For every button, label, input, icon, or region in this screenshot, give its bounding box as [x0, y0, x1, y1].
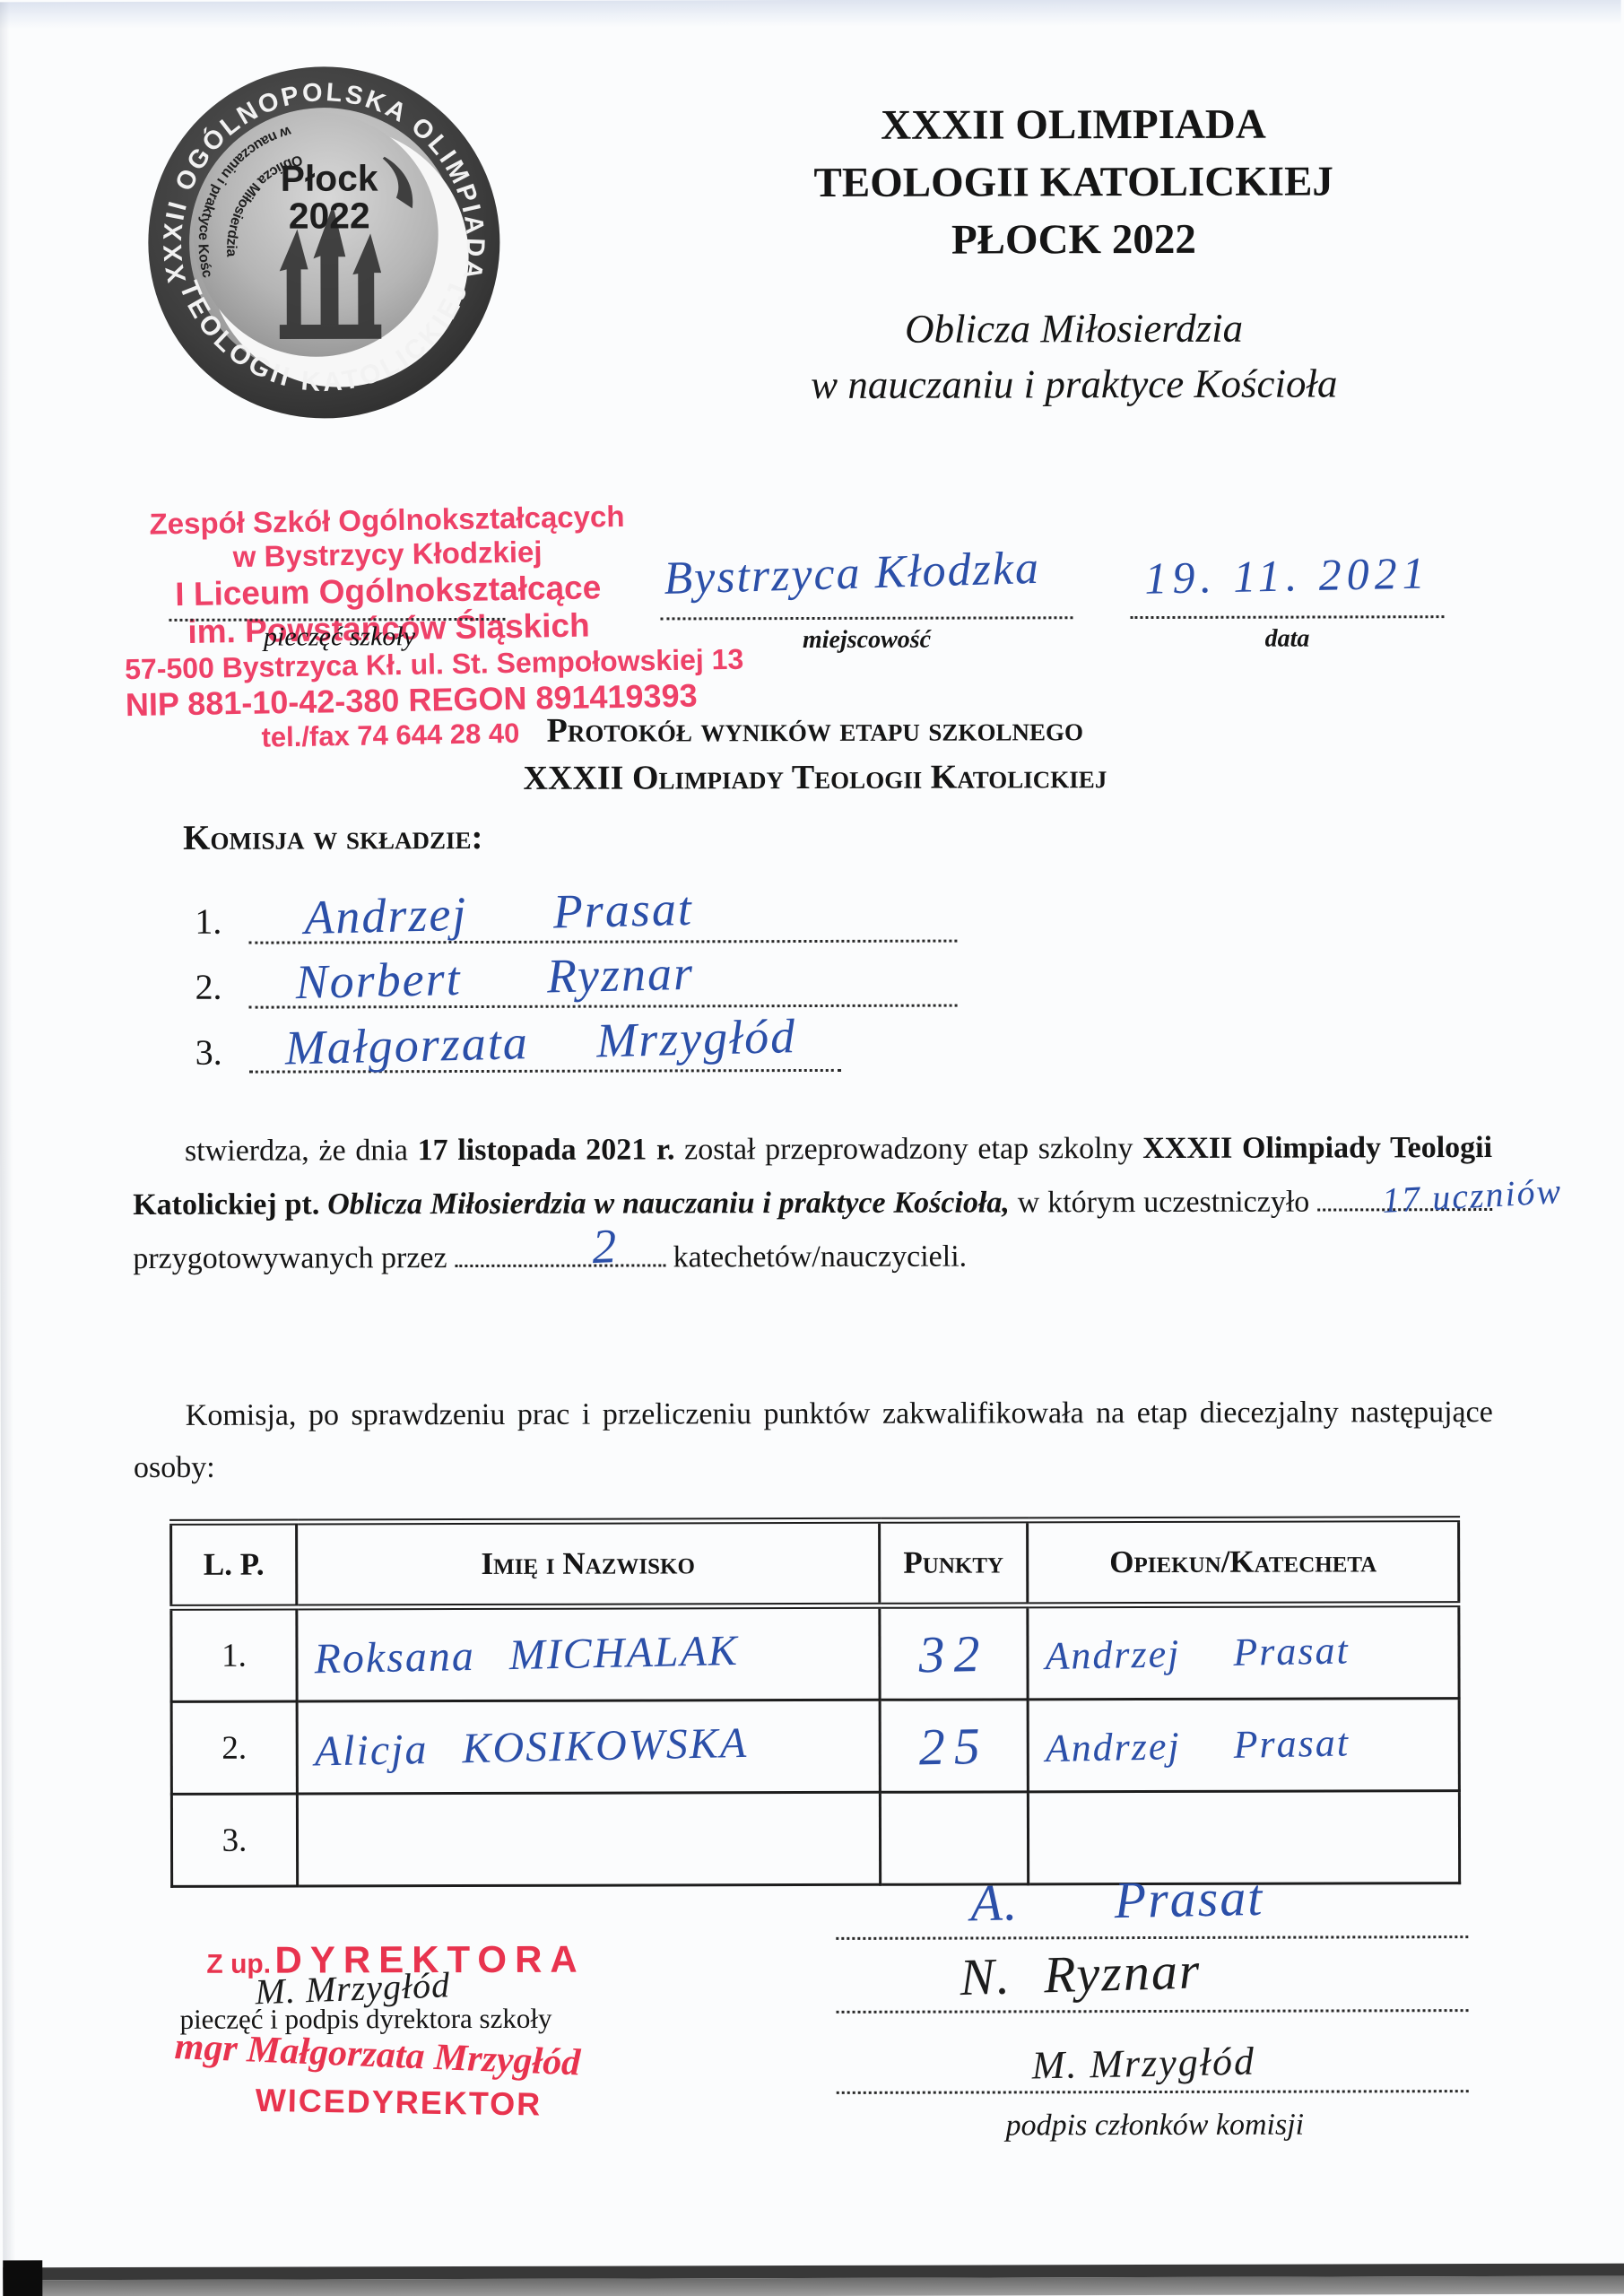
paragraph-text: przygotowywanych przez	[133, 1241, 447, 1275]
document-subtitle: Oblicza Miłosierdzia w nauczaniu i prakt…	[707, 300, 1442, 413]
col-header-tutor: Opiekun/Katecheta	[1028, 1519, 1459, 1605]
paragraph-text: stwierdza, że dnia	[185, 1134, 408, 1168]
student-name-handwriting: Alicja KOSIKOWSKA	[298, 1718, 748, 1776]
results-table: L. P. Imię i Nazwisko Punkty Opiekun/Kat…	[169, 1516, 1461, 1888]
protocol-heading-line-1: Protokół wyników etapu szkolnego	[376, 706, 1255, 756]
col-header-lp: L. P.	[171, 1522, 297, 1607]
committee-member-number: 1.	[195, 900, 221, 943]
committee-member-handwriting: Norbert Ryznar	[295, 945, 695, 1010]
title-line-2: TEOLOGII KATOLICKIEJ	[706, 152, 1441, 212]
title-line-3: PŁOCK 2022	[706, 210, 1441, 269]
protocol-heading-line-2: XXXII Olimpiady Teologii Katolickiej	[376, 753, 1255, 804]
paragraph-text: katechetów/nauczycieli.	[673, 1240, 968, 1274]
paragraph-theme-italic: Oblicza Miłosierdzia w nauczaniu i prakt…	[327, 1186, 1010, 1221]
place-dotted-line	[660, 616, 1073, 620]
committee-member-number: 3.	[195, 1031, 222, 1074]
date-handwriting: 19. 11. 2021	[1144, 546, 1430, 604]
signature-dotted-line	[837, 2009, 1469, 2013]
scan-corner-black	[3, 2260, 42, 2296]
student-name-cell: Alicja KOSIKOWSKA	[297, 1700, 880, 1794]
committee-signature-handwriting: N. Ryznar	[960, 1940, 1203, 2007]
teachers-count-handwriting: 2	[539, 1222, 619, 1273]
paragraph-date-bold: 17 listopada 2021 r.	[418, 1133, 675, 1167]
stamp-caption: pieczęć szkoły	[222, 622, 456, 653]
committee-member-handwriting: Andrzej Prasat	[304, 881, 694, 945]
row-number-cell: 2.	[171, 1701, 297, 1794]
student-name-cell: Roksana MICHALAK	[297, 1605, 880, 1701]
points-cell: 25	[880, 1700, 1028, 1792]
table-row-3: 3.	[171, 1791, 1459, 1887]
tutor-handwriting: Andrzej Prasat	[1029, 1719, 1350, 1771]
tutor-cell: Andrzej Prasat	[1028, 1699, 1459, 1792]
signature-dotted-line	[836, 1935, 1468, 1940]
scan-edge-top	[0, 0, 1621, 29]
committee-signature-handwriting: M. Mrzygłód	[1031, 2039, 1255, 2089]
table-row-1: 1. Roksana MICHALAK 32 Andrzej Prasat	[171, 1605, 1459, 1702]
points-cell: 32	[880, 1605, 1028, 1700]
tutor-cell: Andrzej Prasat	[1028, 1605, 1459, 1700]
scan-edge-bottom	[3, 2276, 1624, 2296]
col-header-points: Punkty	[880, 1520, 1028, 1605]
protocol-heading: Protokół wyników etapu szkolnego XXXII O…	[376, 706, 1255, 804]
scanned-protocol-document: Płock 2022 XXXII OGÓLNOPOLSKA OLIMPIADA …	[0, 0, 1624, 2296]
olympiad-logo: Płock 2022 XXXII OGÓLNOPOLSKA OLIMPIADA …	[145, 64, 503, 422]
results-table-wrap: L. P. Imię i Nazwisko Punkty Opiekun/Kat…	[169, 1516, 1458, 1888]
protocol-body-paragraph: stwierdza, że dnia 17 listopada 2021 r. …	[133, 1121, 1492, 1286]
subtitle-line-1: Oblicza Miłosierdzia	[707, 300, 1442, 357]
signature-dotted-line	[837, 2090, 1469, 2094]
paragraph-text: został przeprowadzony etap szkolny	[684, 1132, 1133, 1166]
scan-edge-left	[0, 2, 15, 2296]
points-handwriting: 32	[881, 1622, 1027, 1684]
row-number-cell: 3.	[171, 1794, 297, 1886]
student-name-cell	[297, 1792, 880, 1886]
teachers-blank: 2	[455, 1237, 665, 1267]
place-label: miejscowość	[660, 625, 1073, 655]
col-header-name: Imię i Nazwisko	[297, 1520, 880, 1607]
committee-member-handwriting: Małgorzata Mrzygłód	[284, 1008, 797, 1075]
committee-member-number: 2.	[195, 966, 221, 1008]
committee-signature-handwriting: A. Prasat	[970, 1867, 1264, 1934]
points-handwriting: 25	[881, 1714, 1027, 1777]
document-title: XXXII OLIMPIADA TEOLOGII KATOLICKIEJ PŁO…	[706, 95, 1441, 269]
row-number-cell: 1.	[171, 1607, 297, 1701]
director-stamp-role: WICEDYREKTOR	[255, 2082, 542, 2124]
place-handwriting: Bystrzyca Kłodzka	[664, 542, 1041, 605]
date-label: data	[1130, 624, 1444, 654]
date-dotted-line	[1130, 615, 1444, 619]
points-handwriting	[881, 1837, 1027, 1839]
signatures-caption: podpis członków komisji	[837, 2108, 1473, 2144]
participants-blank: 17 uczniów	[1317, 1181, 1492, 1212]
table-row-2: 2. Alicja KOSIKOWSKA 25 Andrzej Prasat	[171, 1699, 1459, 1795]
paragraph-text: w którym uczestniczyło	[1018, 1186, 1310, 1220]
student-name-handwriting: Roksana MICHALAK	[298, 1625, 739, 1683]
tutor-handwriting: Andrzej Prasat	[1029, 1627, 1350, 1679]
subtitle-line-2: w nauczaniu i praktyce Kościoła	[707, 355, 1442, 413]
logo-year-text: 2022	[289, 195, 370, 236]
title-line-1: XXXII OLIMPIADA	[706, 95, 1441, 154]
points-cell	[880, 1792, 1028, 1884]
results-header-row: L. P. Imię i Nazwisko Punkty Opiekun/Kat…	[171, 1519, 1459, 1608]
committee-title: Komisja w składzie:	[183, 817, 483, 858]
participants-count-handwriting: 17 uczniów	[1329, 1173, 1563, 1222]
qualification-paragraph: Komisja, po sprawdzeniu prac i przelicze…	[134, 1387, 1493, 1494]
